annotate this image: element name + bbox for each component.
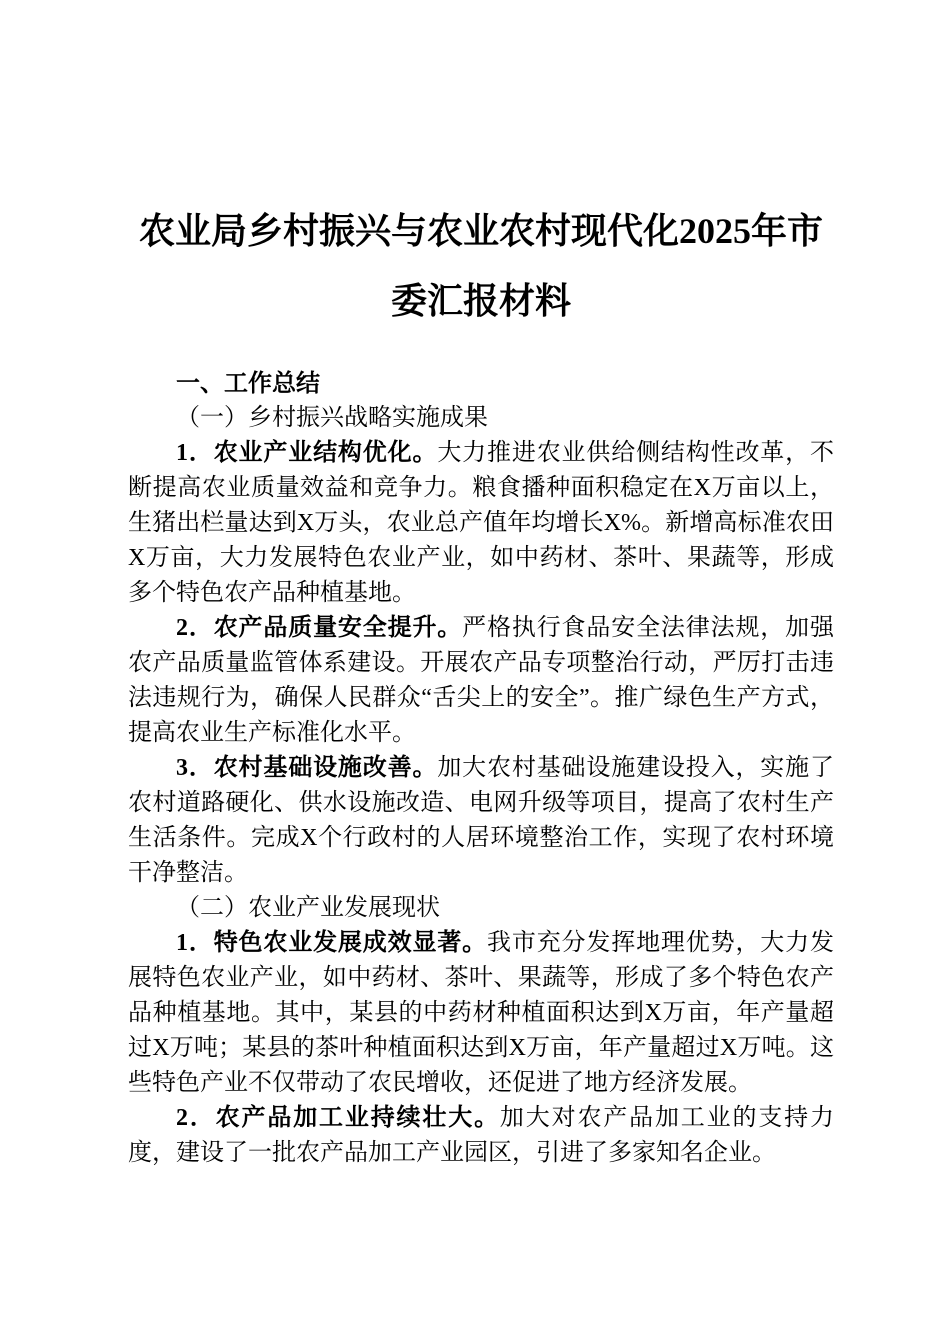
paragraph-lead: 2．农产品质量安全提升。: [176, 615, 462, 641]
paragraph-featured-agriculture: 1．特色农业发展成效显著。我市充分发挥地理优势，大力发展特色农业产业，如中药材、…: [128, 926, 834, 1101]
document-body: 一、工作总结 （一）乡村振兴战略实施成果 1．农业产业结构优化。大力推进农业供给…: [128, 366, 834, 1171]
paragraph-industry-structure: 1．农业产业结构优化。大力推进农业供给侧结构性改革，不断提高农业质量效益和竞争力…: [128, 436, 834, 611]
paragraph-lead: 1．农业产业结构优化。: [176, 440, 437, 466]
section-heading-work-summary: 一、工作总结: [128, 366, 834, 401]
document-title: 农业局乡村振兴与农业农村现代化2025年市委汇报材料: [128, 196, 834, 336]
paragraph-lead: 2．农产品加工业持续壮大。: [176, 1105, 500, 1131]
paragraph-lead: 3．农村基础设施改善。: [176, 755, 437, 781]
document-page: 农业局乡村振兴与农业农村现代化2025年市委汇报材料 一、工作总结 （一）乡村振…: [0, 0, 950, 1344]
paragraph-product-quality-safety: 2．农产品质量安全提升。严格执行食品安全法律法规，加强农产品质量监管体系建设。开…: [128, 611, 834, 751]
subsection-heading-agriculture-industry-status: （二）农业产业发展现状: [128, 891, 834, 926]
paragraph-rural-infrastructure: 3．农村基础设施改善。加大农村基础设施建设投入，实施了农村道路硬化、供水设施改造…: [128, 751, 834, 891]
paragraph-processing-industry: 2．农产品加工业持续壮大。加大对农产品加工业的支持力度，建设了一批农产品加工产业…: [128, 1101, 834, 1171]
subsection-heading-rural-revitalization-results: （一）乡村振兴战略实施成果: [128, 401, 834, 436]
paragraph-lead: 1．特色农业发展成效显著。: [176, 930, 487, 956]
